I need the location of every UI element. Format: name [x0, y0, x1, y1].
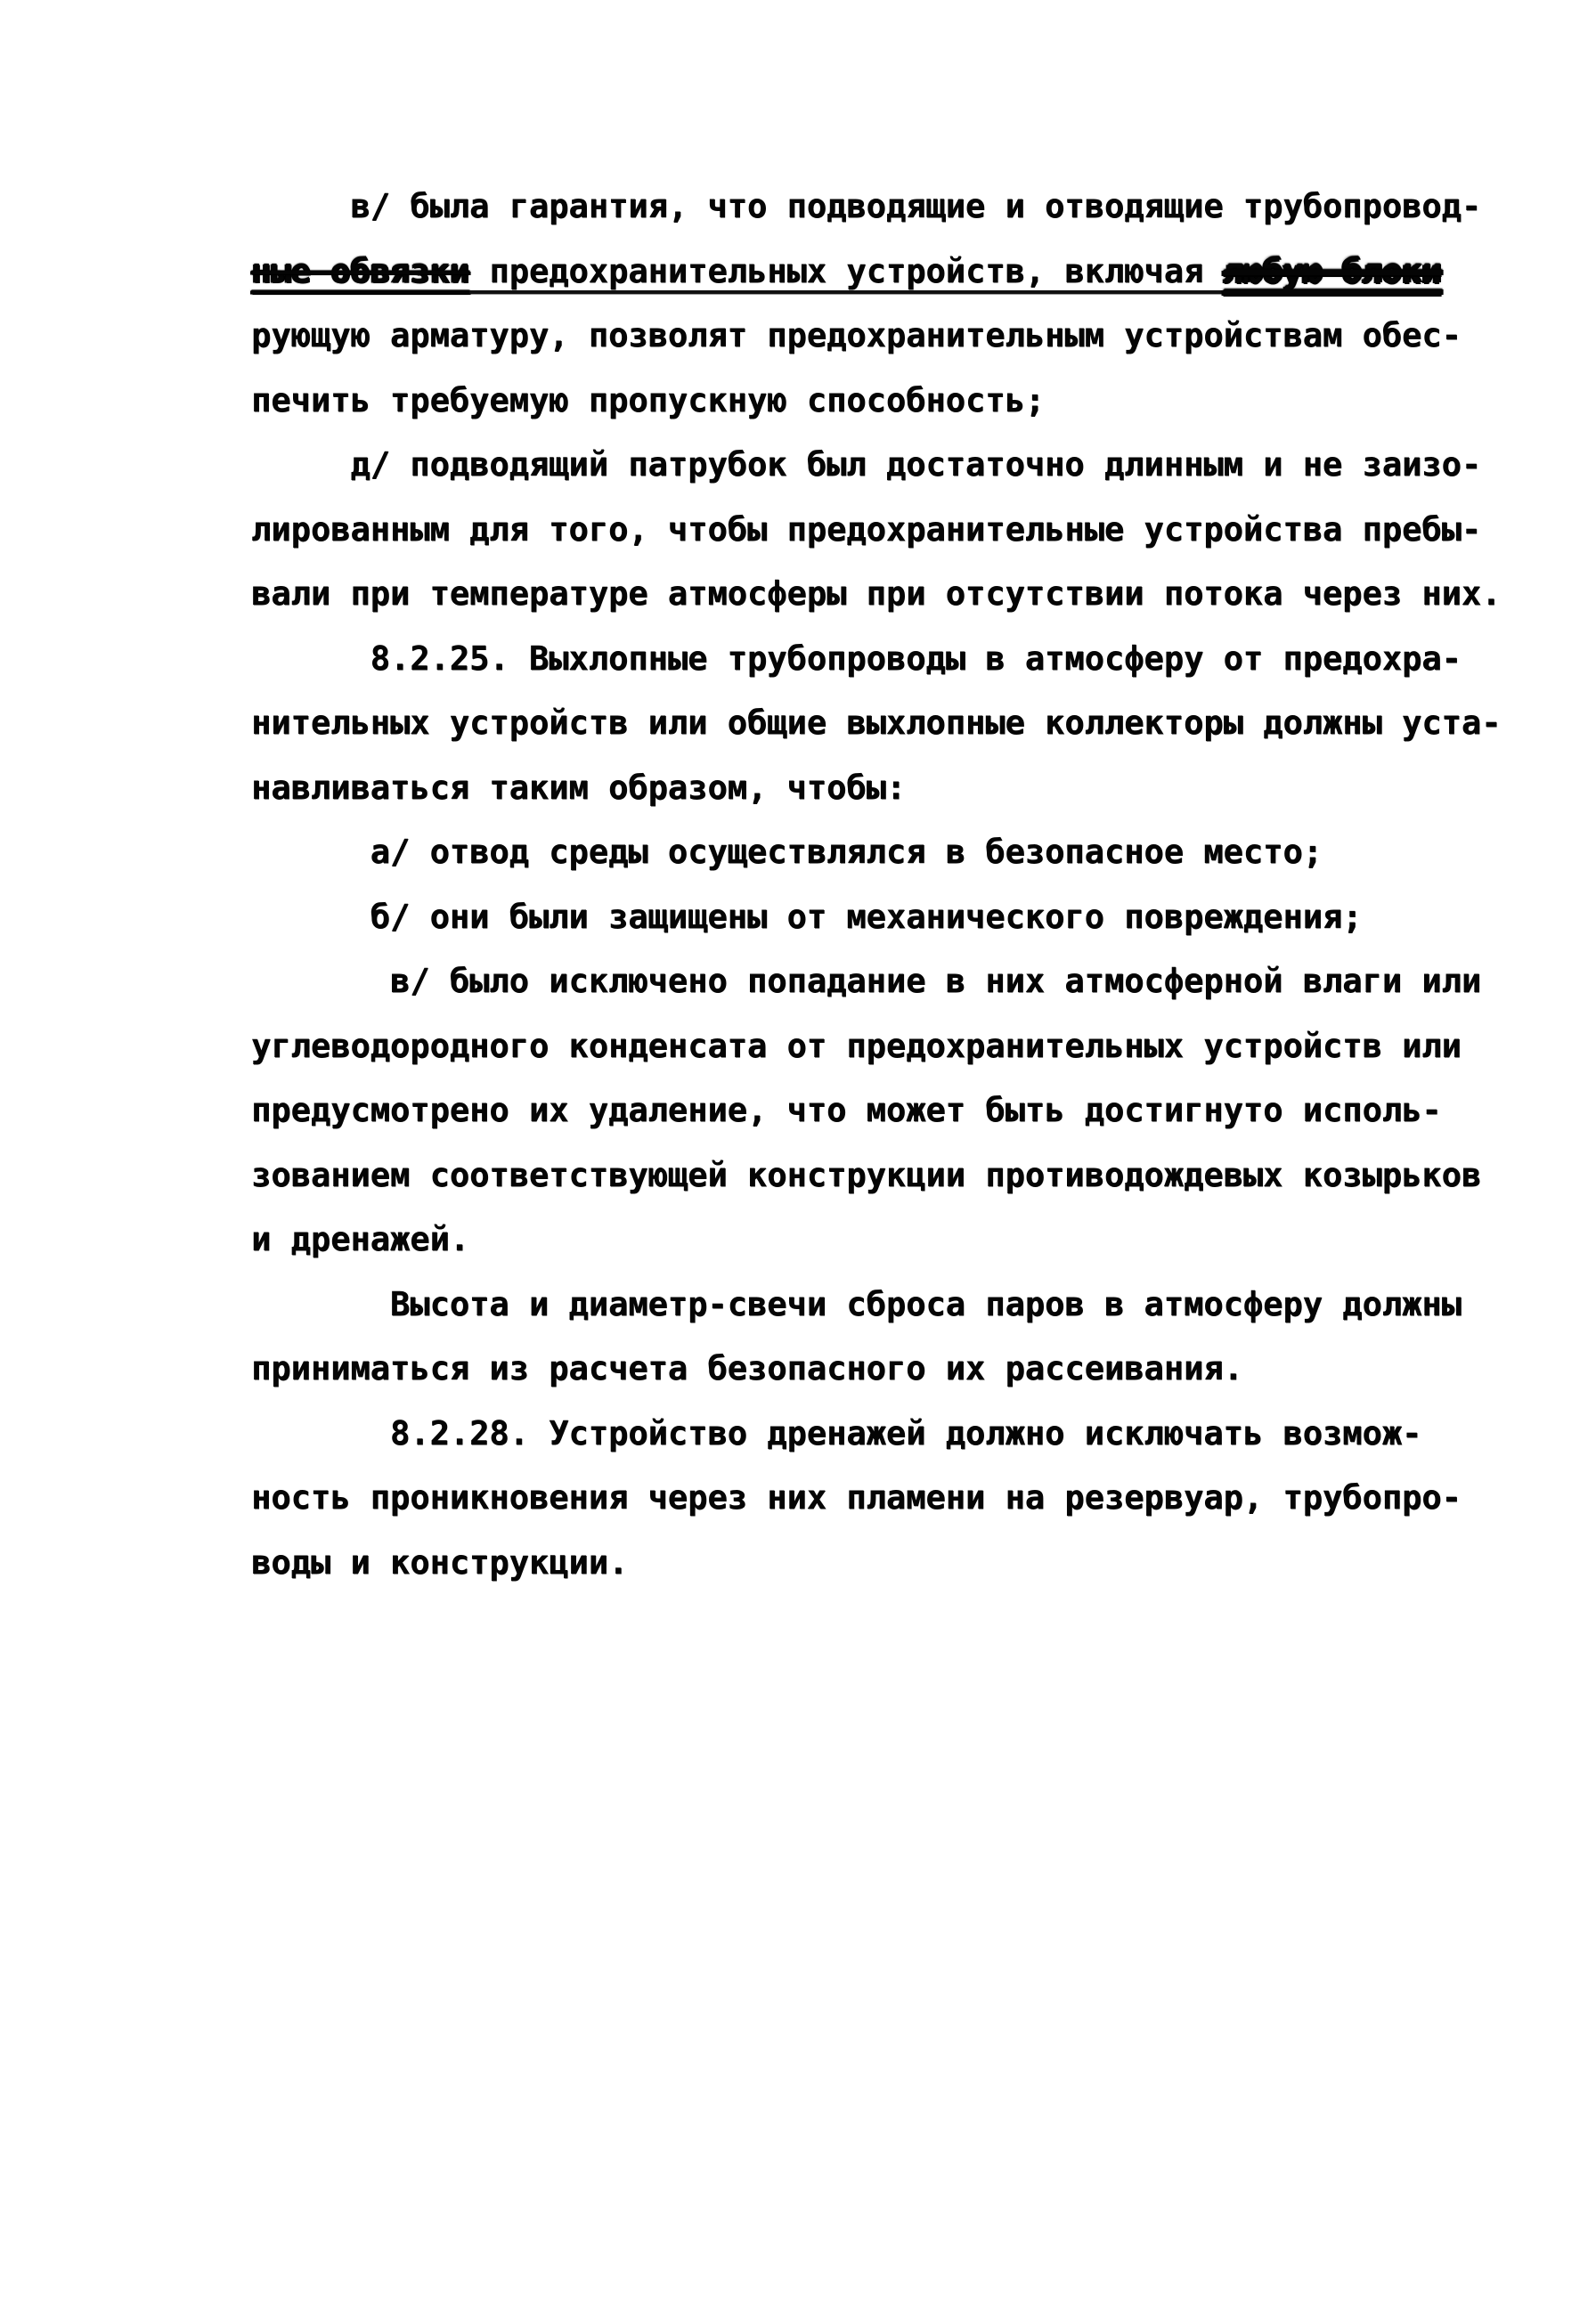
document-line: а/ отвод среды осуществлялся в безопасно…: [251, 820, 1560, 885]
document-line: печить требуемую пропускную способность;: [251, 369, 1560, 434]
document-line: 8.2.25. Выхлопные трубопроводы в атмосфе…: [251, 627, 1560, 692]
text-segment: лированным для того, чтобы предохранител…: [251, 510, 1481, 549]
text-segment-blackout: любую блоки: [1224, 252, 1442, 290]
document-line: воды и конструкции.: [251, 1531, 1560, 1596]
text-segment: ность проникновения через них пламени на…: [251, 1478, 1462, 1517]
text-segment: д/ подводящий патрубок был достаточно дл…: [251, 445, 1481, 484]
document-line: б/ они были защищены от механического по…: [251, 885, 1560, 950]
text-segment: рующую арматуру, позволят предохранитель…: [251, 316, 1462, 354]
text-segment: Высота и диаметр-свечи сброса паров в ат…: [251, 1285, 1462, 1323]
text-segment: вали при температуре атмосферы при отсут…: [251, 574, 1501, 613]
text-segment-underlined: предохранительных устройств, включая: [469, 252, 1223, 290]
document-line: зованием соответствующей конструкции про…: [251, 1143, 1560, 1208]
document-line: ные обвязки предохранительных устройств,…: [251, 240, 1560, 305]
text-segment: а/ отвод среды осуществлялся в безопасно…: [251, 833, 1323, 871]
document-line: нительных устройств или общие выхлопные …: [251, 691, 1560, 756]
text-segment: в/ была гарантия, что подводящие и отвод…: [251, 187, 1481, 225]
document-line: в/ была гарантия, что подводящие и отвод…: [251, 175, 1560, 240]
text-segment: и дренажей.: [251, 1220, 469, 1258]
document-line: вали при температуре атмосферы при отсут…: [251, 562, 1560, 627]
document-line: предусмотрено их удаление, что может быт…: [251, 1078, 1560, 1143]
text-segment: нительных устройств или общие выхлопные …: [251, 704, 1501, 742]
text-segment: воды и конструкции.: [251, 1543, 628, 1582]
text-segment: предусмотрено их удаление, что может быт…: [251, 1091, 1442, 1129]
text-segment: приниматься из расчета безопасного их ра…: [251, 1349, 1243, 1387]
text-segment: печить требуемую пропускную способность;: [251, 381, 1045, 419]
text-segment: 8.2.28. Устройство дренажей должно исклю…: [251, 1414, 1421, 1453]
text-segment: зованием соответствующей конструкции про…: [251, 1156, 1481, 1194]
document-line: Высота и диаметр-свечи сброса паров в ат…: [251, 1273, 1560, 1338]
document-line: лированным для того, чтобы предохранител…: [251, 498, 1560, 563]
scanned-document-page: в/ была гарантия, что подводящие и отвод…: [0, 0, 1596, 2311]
document-line: в/ было исключено попадание в них атмосф…: [251, 949, 1560, 1014]
document-line: 8.2.28. Устройство дренажей должно исклю…: [251, 1402, 1560, 1467]
document-line: навливаться таким образом, чтобы:: [251, 756, 1560, 821]
text-segment: углеводородного конденсата от предохрани…: [251, 1027, 1462, 1065]
document-line: и дренажей.: [251, 1208, 1560, 1273]
text-segment: б/ они были защищены от механического по…: [251, 898, 1362, 936]
document-line: приниматься из расчета безопасного их ра…: [251, 1337, 1560, 1402]
text-segment-overstruck: ные обвязки: [251, 252, 469, 290]
document-line: ность проникновения через них пламени на…: [251, 1466, 1560, 1531]
document-line: д/ подводящий патрубок был достаточно дл…: [251, 433, 1560, 498]
text-segment: навливаться таким образом, чтобы:: [251, 769, 906, 807]
document-line: углеводородного конденсата от предохрани…: [251, 1014, 1560, 1079]
document-text-block: в/ была гарантия, что подводящие и отвод…: [251, 175, 1560, 1595]
text-segment: 8.2.25. Выхлопные трубопроводы в атмосфе…: [251, 639, 1462, 678]
text-segment: в/ было исключено попадание в них атмосф…: [251, 962, 1481, 1000]
document-line: рующую арматуру, позволят предохранитель…: [251, 304, 1560, 369]
